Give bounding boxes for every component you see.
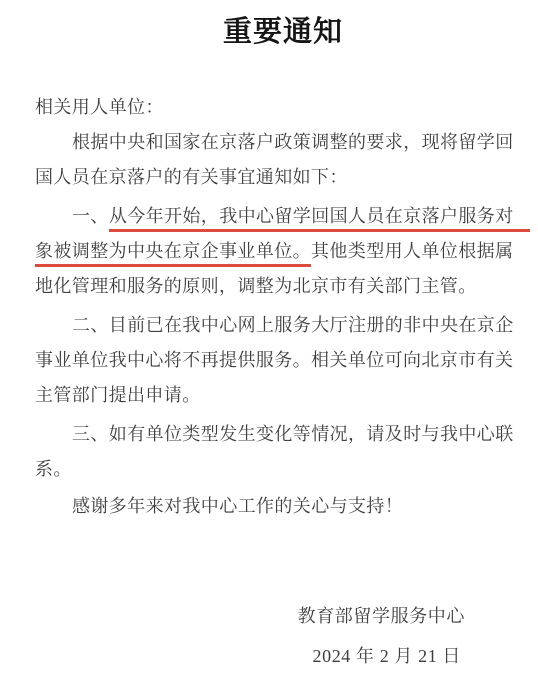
- notice-body: 相关用人单位： 根据中央和国家在京落户政策调整的要求，现将留学回 国人员在京落户…: [0, 90, 538, 524]
- item1-line-2-rest: 其他类型用人单位根据属: [311, 241, 513, 261]
- item1-line-3: 地化管理和服务的原则，调整为北京市有关部门主管。: [35, 269, 512, 304]
- item2-line-1: 二、目前已在我中心网上服务大厅注册的非中央在京企: [35, 308, 512, 343]
- red-underlined-text: 从今年开始，我中心留学回国人员在京落户服务对: [109, 206, 530, 232]
- thanks-line: 感谢多年来对我中心工作的关心与支持！: [35, 489, 512, 524]
- item1-line-2: 象被调整为中央在京企事业单位。其他类型用人单位根据属: [35, 234, 512, 269]
- item3-line-1: 三、如有单位类型发生变化等情况，请及时与我中心联: [35, 417, 512, 452]
- item3-line-2: 系。: [35, 452, 512, 487]
- notice-title: 重要通知: [14, 0, 538, 50]
- intro-line-1: 根据中央和国家在京落户政策调整的要求，现将留学回: [35, 125, 512, 160]
- signature-block: 教育部留学服务中心 2024 年 2 月 21 日: [0, 599, 538, 674]
- item2-line-3: 主管部门提出申请。: [35, 378, 512, 413]
- item2-line-2: 事业单位我中心将不再提供服务。相关单位可向北京市有关: [35, 343, 512, 378]
- red-underlined-text: 象被调整为中央在京企事业单位。: [35, 241, 311, 267]
- date: 2024 年 2 月 21 日: [0, 639, 465, 674]
- notice-document: 重要通知 相关用人单位： 根据中央和国家在京落户政策调整的要求，现将留学回 国人…: [0, 0, 538, 678]
- item1-line-1: 一、从今年开始，我中心留学回国人员在京落户服务对: [35, 199, 512, 234]
- intro-line-2: 国人员在京落户的有关事宜通知如下：: [35, 160, 512, 195]
- signature: 教育部留学服务中心: [0, 599, 465, 634]
- salutation: 相关用人单位：: [35, 90, 512, 125]
- item1-marker: 一、: [72, 206, 109, 226]
